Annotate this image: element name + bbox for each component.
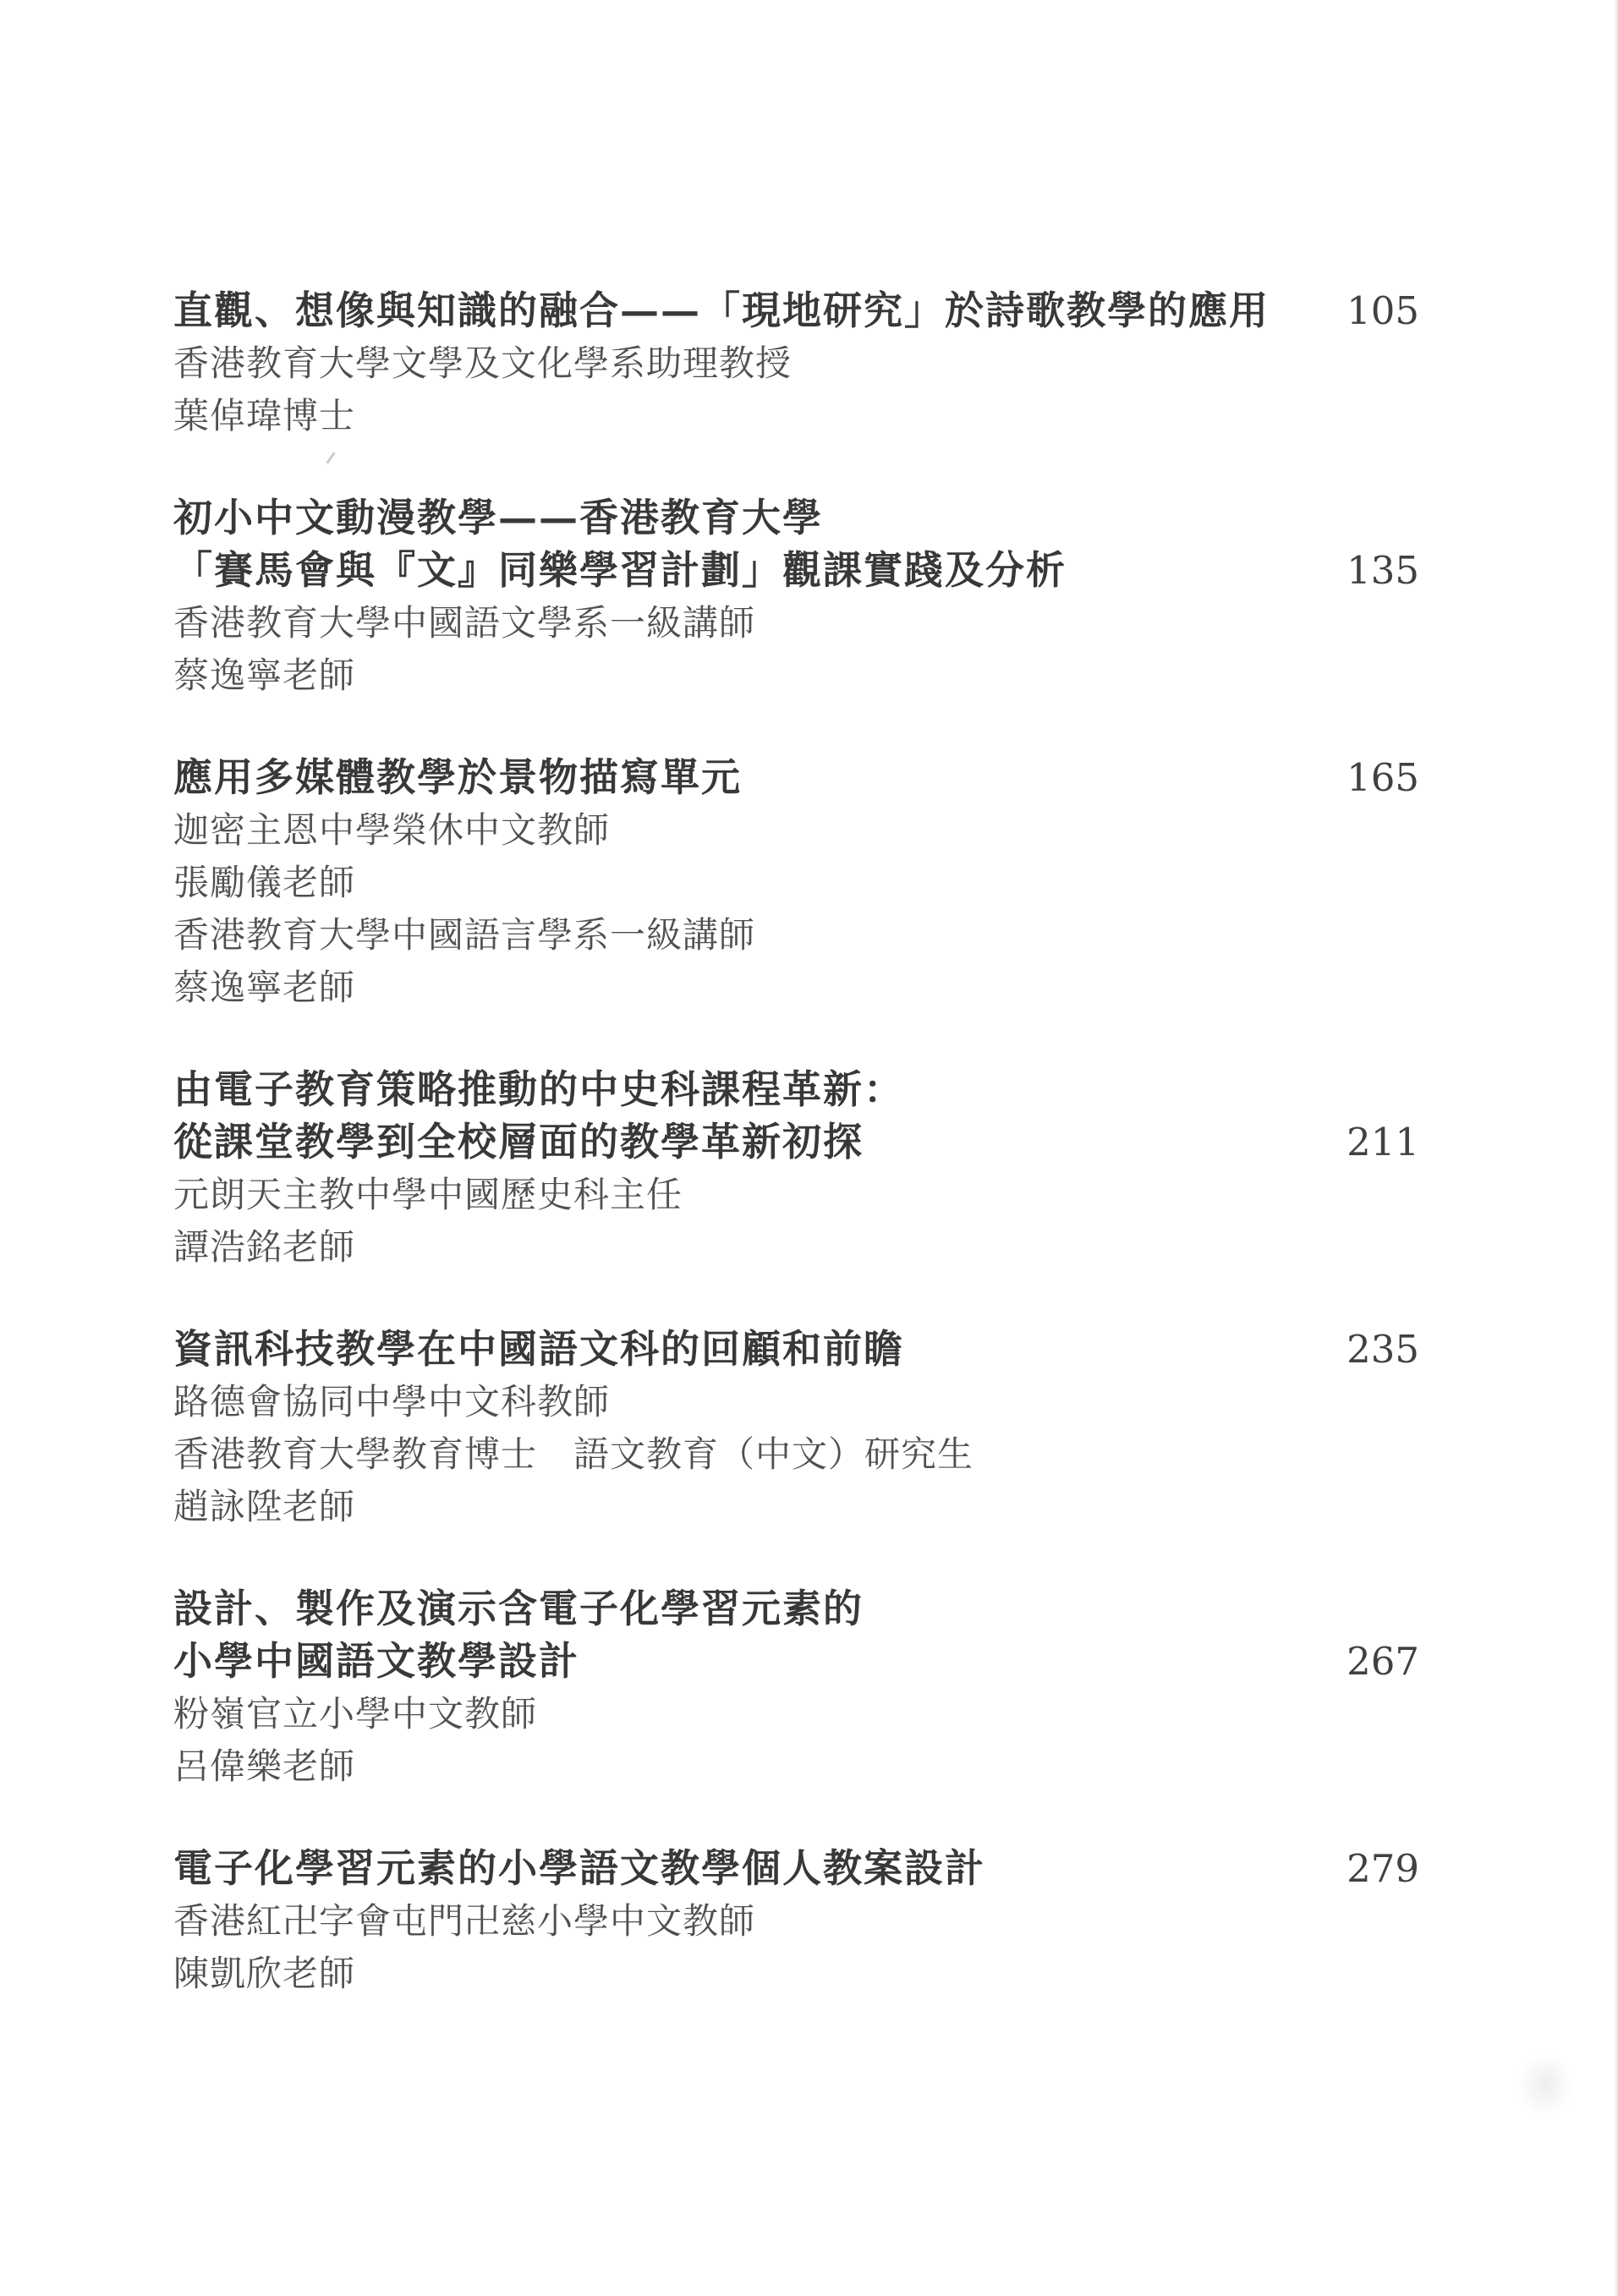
entry-page-number: 235 <box>1313 1323 1419 1376</box>
entry-detail-line: 陳凱欣老師 <box>173 1948 1419 2000</box>
entry-detail-line: 香港紅卍字會屯門卍慈小學中文教師 <box>173 1895 1419 1948</box>
toc-title-line: 由電子教育策略推動的中史科課程革新： <box>173 1063 1419 1115</box>
toc-entry: 資訊科技教學在中國語文科的回顧和前瞻235路德會協同中學中文科教師香港教育大學教… <box>173 1323 1419 1533</box>
entry-detail-line: 路德會協同中學中文科教師 <box>173 1376 1419 1428</box>
entry-page-number: 135 <box>1313 545 1419 597</box>
entry-page-number: 165 <box>1313 752 1419 804</box>
entry-detail-line: 香港教育大學中國語言學系一級講師 <box>173 909 1419 962</box>
entry-detail-line: 香港教育大學中國語文學系一級講師 <box>173 597 1419 649</box>
entry-detail-line: 香港教育大學文學及文化學系助理教授 <box>173 337 1419 390</box>
entry-title-text: 直觀、想像與知識的融合——「現地研究」於詩歌教學的應用 <box>173 284 1270 337</box>
toc-title-line: 從課堂教學到全校層面的教學革新初探211 <box>173 1115 1419 1169</box>
entry-page-number: 211 <box>1313 1116 1419 1169</box>
toc-entry: 直觀、想像與知識的融合——「現地研究」於詩歌教學的應用105香港教育大學文學及文… <box>173 284 1419 442</box>
toc-entry: 應用多媒體教學於景物描寫單元165迦密主恩中學榮休中文教師張勵儀老師香港教育大學… <box>173 751 1419 1014</box>
entry-page-number: 279 <box>1313 1843 1419 1895</box>
scan-smudge-artifact <box>1507 2042 1583 2127</box>
entry-detail-line: 趙詠陞老師 <box>173 1481 1419 1533</box>
toc-entry: 由電子教育策略推動的中史科課程革新：從課堂教學到全校層面的教學革新初探211元朗… <box>173 1063 1419 1274</box>
entry-detail-line: 蔡逸寧老師 <box>173 962 1419 1014</box>
scan-edge-shadow <box>1614 0 1618 2296</box>
toc-entry: 電子化學習元素的小學語文教學個人教案設計279香港紅卍字會屯門卍慈小學中文教師陳… <box>173 1842 1419 2000</box>
toc-entry: 設計、製作及演示含電子化學習元素的小學中國語文教學設計267粉嶺官立小學中文教師… <box>173 1582 1419 1793</box>
toc-title-line: 「賽馬會與『文』同樂學習計劃」觀課實踐及分析135 <box>173 544 1419 597</box>
entry-detail-line: 葉倬瑋博士 <box>173 390 1419 442</box>
entry-title-text: 設計、製作及演示含電子化學習元素的 <box>173 1582 864 1635</box>
entry-title-text: 小學中國語文教學設計 <box>173 1635 579 1687</box>
toc-title-line: 小學中國語文教學設計267 <box>173 1635 1419 1688</box>
toc-title-line: 初小中文動漫教學——香港教育大學 <box>173 491 1419 544</box>
entry-detail-line: 元朗天主教中學中國歷史科主任 <box>173 1169 1419 1221</box>
toc-list: 直觀、想像與知識的融合——「現地研究」於詩歌教學的應用105香港教育大學文學及文… <box>173 284 1419 2049</box>
entry-page-number: 105 <box>1313 285 1419 337</box>
entry-title-text: 從課堂教學到全校層面的教學革新初探 <box>173 1115 864 1168</box>
entry-title-text: 由電子教育策略推動的中史科課程革新： <box>173 1063 904 1115</box>
entry-detail-line: 蔡逸寧老師 <box>173 649 1419 702</box>
toc-title-line: 直觀、想像與知識的融合——「現地研究」於詩歌教學的應用105 <box>173 284 1419 337</box>
entry-detail-line: 香港教育大學教育博士 語文教育（中文）研究生 <box>173 1428 1419 1481</box>
entry-title-text: 資訊科技教學在中國語文科的回顧和前瞻 <box>173 1323 904 1375</box>
entry-title-text: 「賽馬會與『文』同樂學習計劃」觀課實踐及分析 <box>173 544 1067 596</box>
toc-title-line: 資訊科技教學在中國語文科的回顧和前瞻235 <box>173 1323 1419 1376</box>
entry-detail-line: 迦密主恩中學榮休中文教師 <box>173 804 1419 857</box>
entry-title-text: 電子化學習元素的小學語文教學個人教案設計 <box>173 1842 985 1894</box>
entry-page-number: 267 <box>1313 1636 1419 1688</box>
toc-entry: 初小中文動漫教學——香港教育大學「賽馬會與『文』同樂學習計劃」觀課實踐及分析13… <box>173 491 1419 702</box>
entry-detail-line: 粉嶺官立小學中文教師 <box>173 1688 1419 1740</box>
toc-title-line: 電子化學習元素的小學語文教學個人教案設計279 <box>173 1842 1419 1895</box>
entry-title-text: 初小中文動漫教學——香港教育大學 <box>173 491 823 544</box>
entry-detail-line: 譚浩銘老師 <box>173 1221 1419 1274</box>
entry-detail-line: 張勵儀老師 <box>173 857 1419 909</box>
entry-detail-line: 呂偉樂老師 <box>173 1740 1419 1793</box>
toc-title-line: 應用多媒體教學於景物描寫單元165 <box>173 751 1419 804</box>
scanned-toc-page: 直觀、想像與知識的融合——「現地研究」於詩歌教學的應用105香港教育大學文學及文… <box>0 0 1618 2296</box>
entry-title-text: 應用多媒體教學於景物描寫單元 <box>173 751 742 803</box>
toc-title-line: 設計、製作及演示含電子化學習元素的 <box>173 1582 1419 1635</box>
